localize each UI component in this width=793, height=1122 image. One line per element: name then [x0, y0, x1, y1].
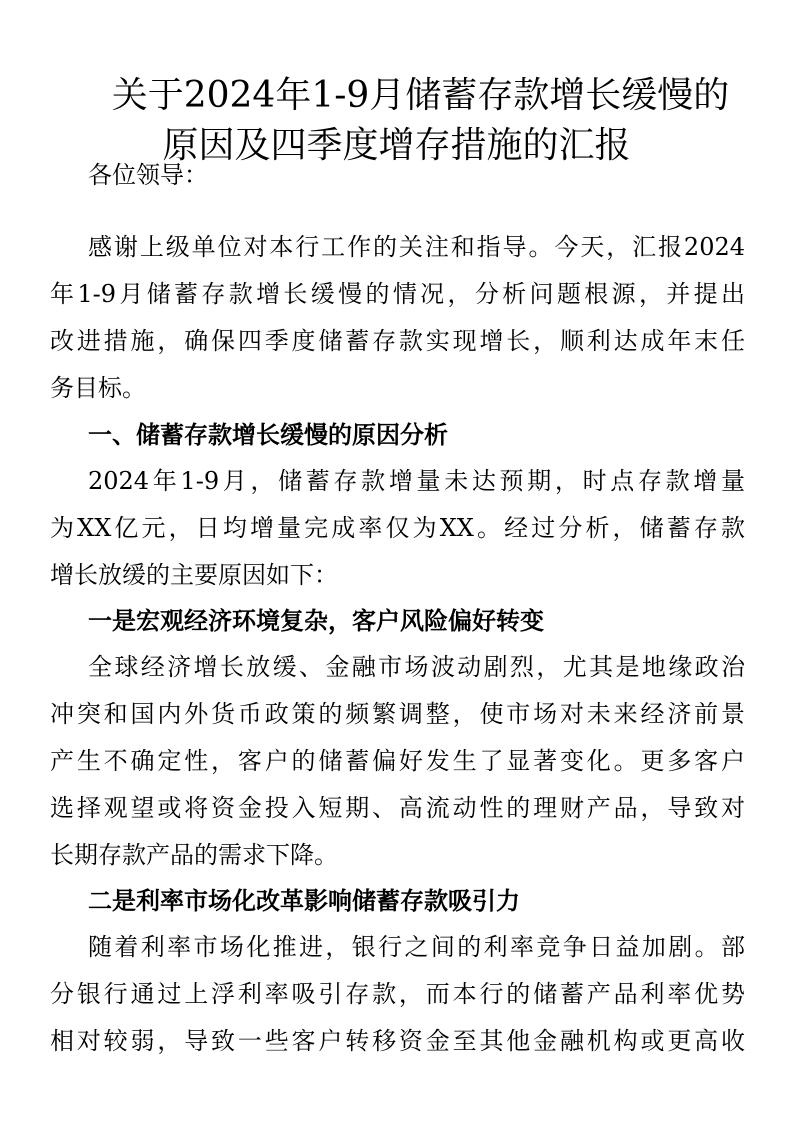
- reason-1-paragraph-line: 全球经济增长放缓、金融市场波动剧烈，尤其是地缘政治: [88, 652, 745, 682]
- document-page: 关于2024年1-9月储蓄存款增长缓慢的 原因及四季度增存措施的汇报 各位领导：…: [0, 0, 793, 1122]
- document-title-line-1: 关于2024年1-9月储蓄存款增长缓慢的: [24, 78, 793, 114]
- salutation: 各位领导：: [88, 160, 745, 190]
- document-title-line-2: 原因及四季度增存措施的汇报: [0, 128, 793, 164]
- section-1-paragraph-line: 增长放缓的主要原因如下：: [50, 560, 745, 590]
- section-heading-1: 一、储蓄存款增长缓慢的原因分析: [88, 420, 448, 450]
- intro-paragraph-line: 年1-9月储蓄存款增长缓慢的情况，分析问题根源，并提出: [50, 279, 745, 309]
- reason-1-paragraph-line: 长期存款产品的需求下降。: [50, 840, 745, 870]
- reason-1-heading: 一是宏观经济环境复杂，客户风险偏好转变: [88, 606, 544, 636]
- reason-1-paragraph-line: 产生不确定性，客户的储蓄偏好发生了显著变化。更多客户: [50, 746, 745, 776]
- intro-paragraph-line: 改进措施，确保四季度储蓄存款实现增长，顺利达成年末任: [50, 326, 745, 356]
- reason-2-paragraph-line: 相对较弱，导致一些客户转移资金至其他金融机构或更高收: [50, 1026, 745, 1056]
- reason-2-paragraph-line: 分银行通过上浮利率吸引存款，而本行的储蓄产品利率优势: [50, 979, 745, 1009]
- intro-paragraph-line: 务目标。: [50, 373, 745, 403]
- section-1-paragraph-line: 2024年1-9月，储蓄存款增量未达预期，时点存款增量: [88, 466, 745, 496]
- section-1-paragraph-line: 为XX亿元，日均增量完成率仅为XX。经过分析，储蓄存款: [50, 513, 745, 543]
- intro-paragraph-line: 感谢上级单位对本行工作的关注和指导。今天，汇报2024: [88, 232, 745, 262]
- reason-1-paragraph-line: 选择观望或将资金投入短期、高流动性的理财产品，导致对: [50, 793, 745, 823]
- reason-2-paragraph-line: 随着利率市场化推进，银行之间的利率竞争日益加剧。部: [88, 932, 745, 962]
- reason-2-heading: 二是利率市场化改革影响储蓄存款吸引力: [88, 886, 520, 916]
- reason-1-paragraph-line: 冲突和国内外货币政策的频繁调整，使市场对未来经济前景: [50, 699, 745, 729]
